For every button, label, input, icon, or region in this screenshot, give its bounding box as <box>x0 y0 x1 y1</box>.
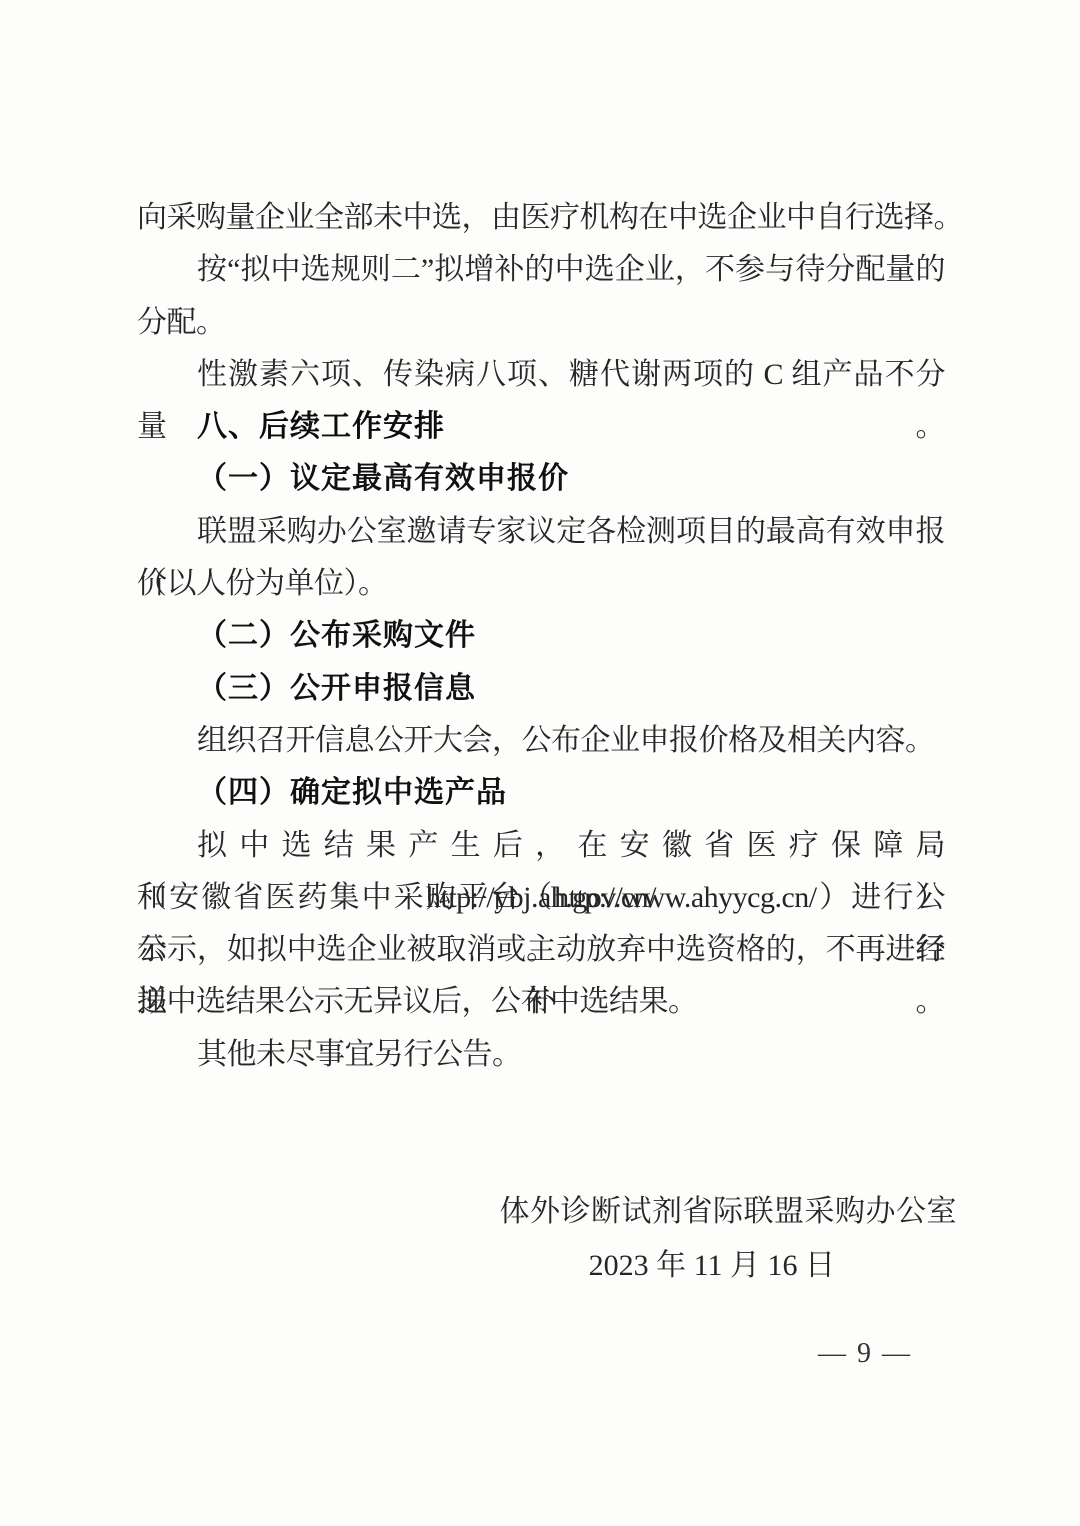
body-text-line: 分配。 <box>137 297 945 349</box>
body-text-line: 联盟采购办公室邀请专家议定各检测项目的最高有效申报价 <box>137 506 945 558</box>
body-text-line: 性激素六项、传染病八项、糖代谢两项的 C 组产品不分量。 <box>137 349 945 401</box>
body-text-line: 向采购量企业全部未中选，由医疗机构在中选企业中自行选择。 <box>137 192 945 244</box>
body-text-line: 按“拟中选规则二”拟增补的中选企业，不参与待分配量的 <box>137 244 945 296</box>
signature-organization: 体外诊断试剂省际联盟采购办公室 <box>500 1192 958 1232</box>
section-heading-level2: （四）确定拟中选产品 <box>137 767 945 819</box>
document-page: 向采购量企业全部未中选，由医疗机构在中选企业中自行选择。 按“拟中选规则二”拟增… <box>0 0 1080 1526</box>
section-heading-level2: （三）公开申报信息 <box>137 663 945 715</box>
section-heading-level2: （二）公布采购文件 <box>137 610 945 662</box>
signature-date: 2023 年 11 月 16 日 <box>589 1246 835 1286</box>
body-text-line: 其他未尽事宜另行公告。 <box>137 1029 945 1081</box>
document-body: 向采购量企业全部未中选，由医疗机构在中选企业中自行选择。 按“拟中选规则二”拟增… <box>137 192 945 1081</box>
body-text-line: 公示，如拟中选企业被取消或主动放弃中选资格的，不再进行递补。 <box>137 924 945 976</box>
body-text-line: 和安徽省医药集中采购平台（http://www.ahyycg.cn/）进行公示。… <box>137 872 945 924</box>
section-heading-level2: （一）议定最高有效申报价 <box>137 453 945 505</box>
body-text-line: 组织召开信息公开大会，公布企业申报价格及相关内容。 <box>137 715 945 767</box>
body-text-line: 拟中选结果产生后，在安徽省医疗保障局（http://ybj.ah.gov.cn/… <box>137 820 945 872</box>
body-text-line: （以人份为单位）。 <box>137 558 945 610</box>
page-number: — 9 — <box>818 1338 912 1370</box>
